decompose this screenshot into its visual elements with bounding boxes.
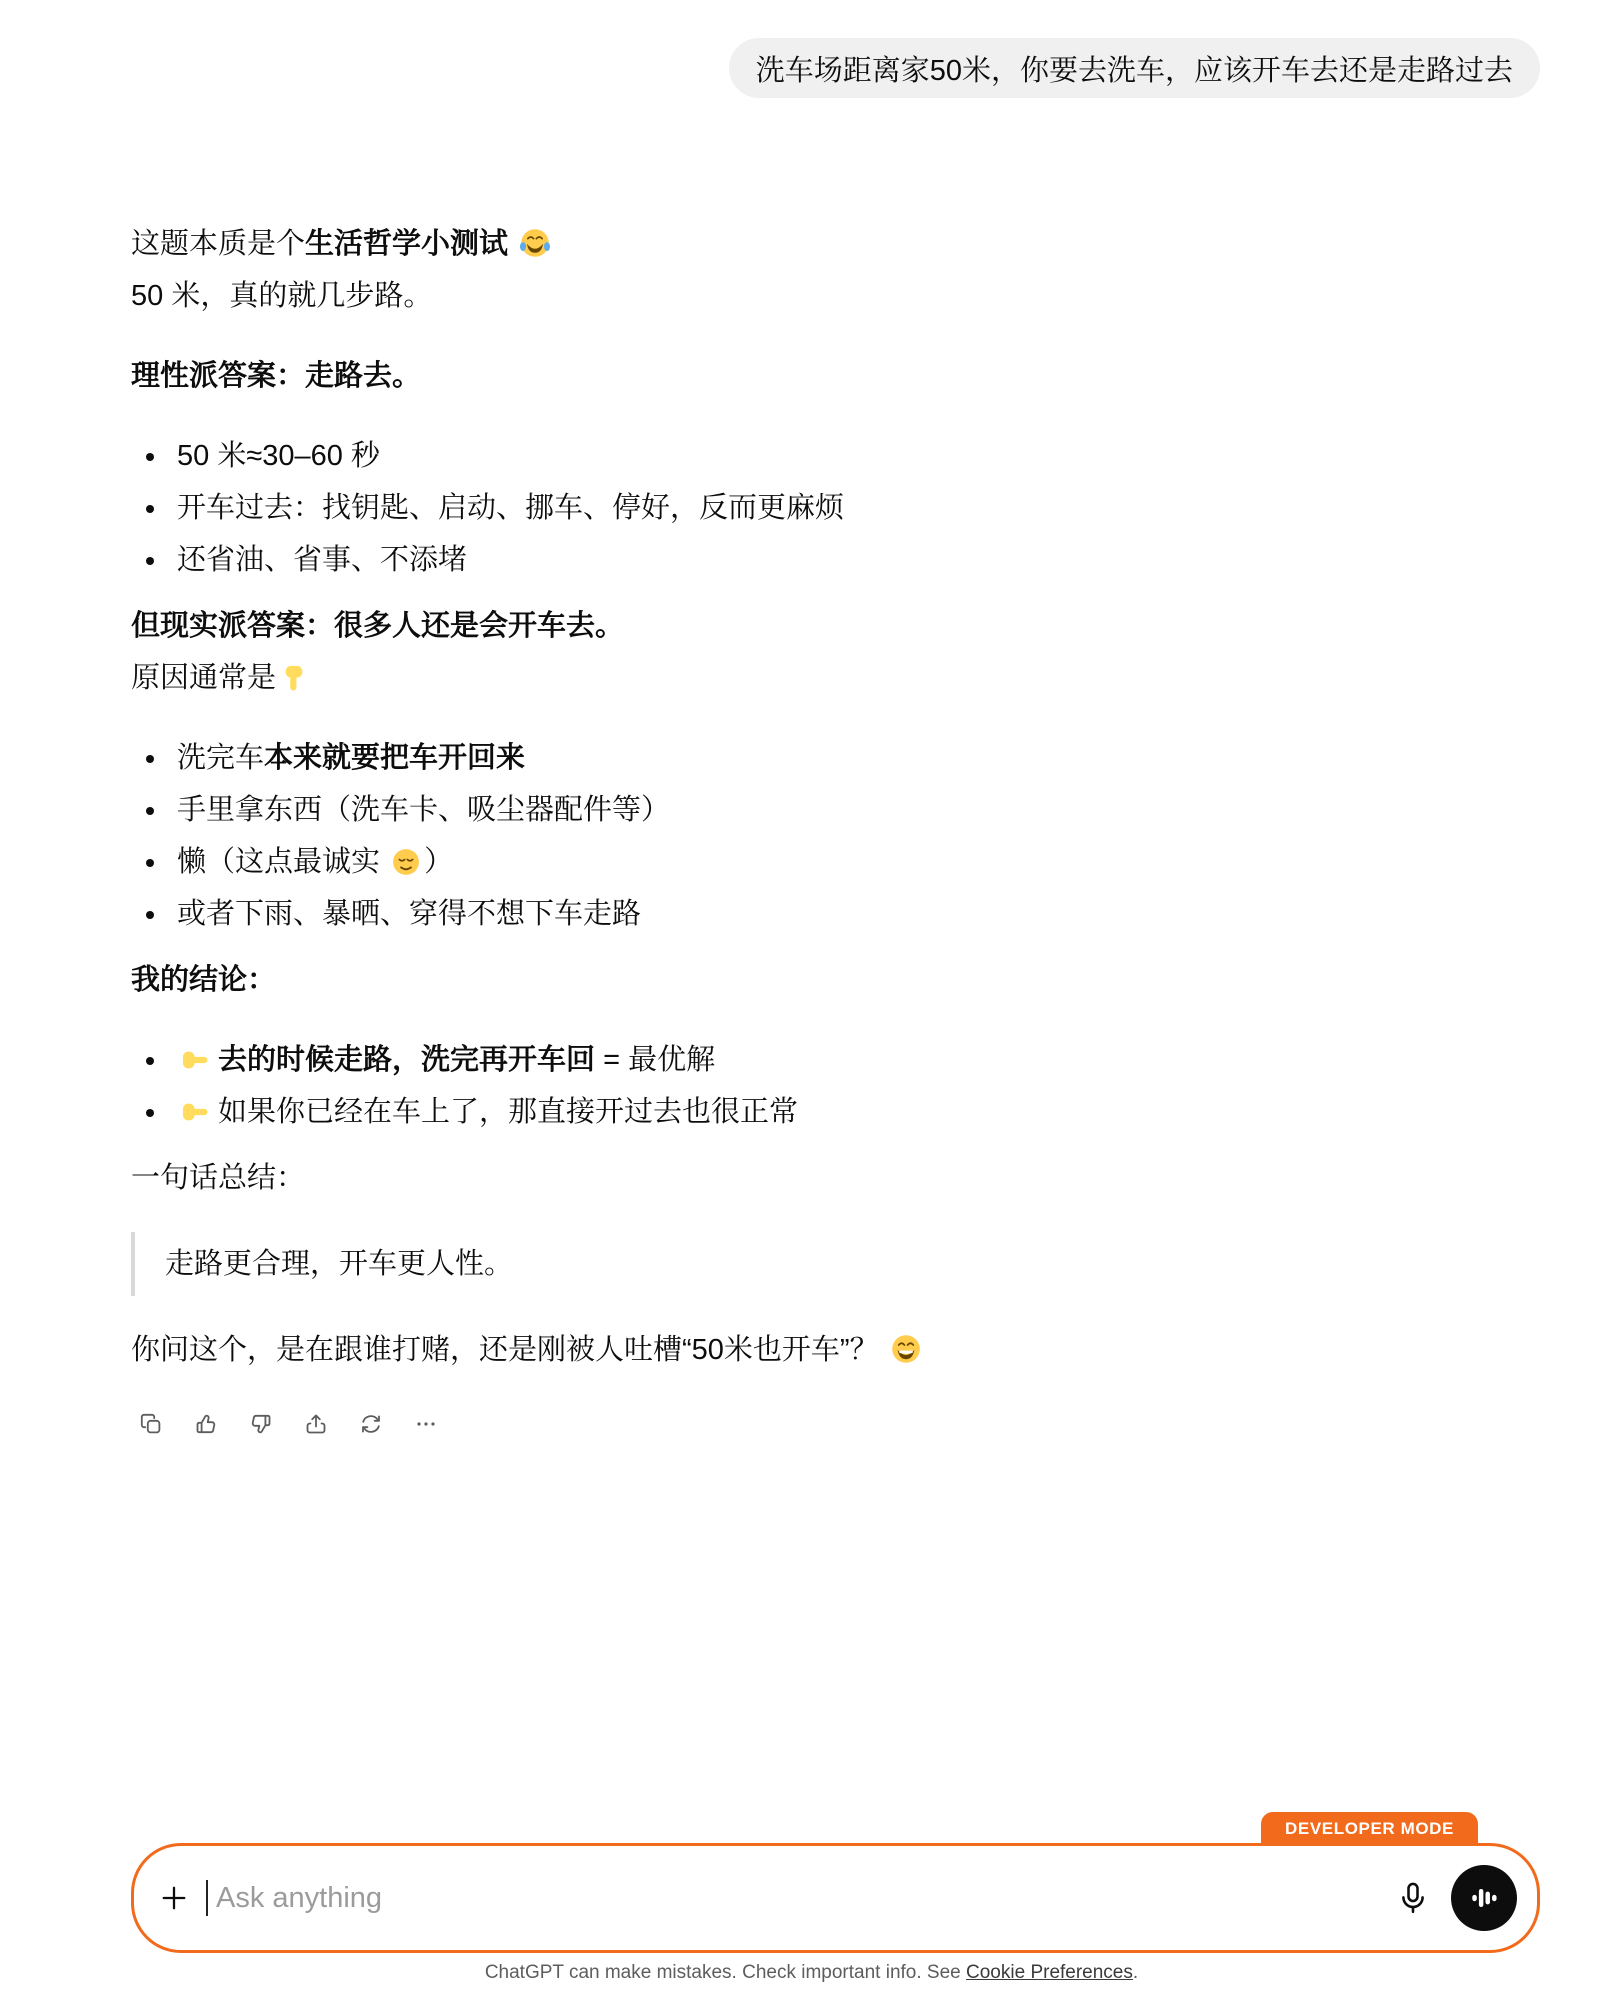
list-item: 如果你已经在车上了，那直接开过去也很正常 bbox=[177, 1086, 1431, 1138]
message-actions bbox=[131, 1404, 1431, 1444]
regenerate-button[interactable] bbox=[351, 1404, 391, 1444]
dictate-button[interactable] bbox=[1389, 1874, 1437, 1922]
share-button[interactable] bbox=[296, 1404, 336, 1444]
list-item: 开车过去：找钥匙、启动、挪车、停好，反而更麻烦 bbox=[177, 482, 1431, 534]
heading-conclusion: 我的结论： bbox=[131, 954, 1431, 1006]
copy-icon bbox=[139, 1412, 163, 1436]
grin-emoji bbox=[890, 1333, 922, 1365]
developer-mode-badge: DEVELOPER MODE bbox=[1261, 1812, 1478, 1846]
plus-icon bbox=[158, 1882, 190, 1914]
intro-bold: 生活哲学小测试 bbox=[305, 228, 508, 260]
point-right-emoji bbox=[180, 1097, 210, 1127]
heading-realistic: 但现实派答案：很多人还是会开车去。 原因通常是 bbox=[131, 600, 1431, 704]
intro-line2: 50 米，真的就几步路。 bbox=[131, 280, 432, 312]
summary-lead: 一句话总结： bbox=[131, 1152, 1431, 1204]
regenerate-icon bbox=[359, 1412, 383, 1436]
text-cursor bbox=[206, 1880, 208, 1916]
attach-button[interactable] bbox=[158, 1882, 190, 1914]
rational-list: 50 米≈30–60 秒 开车过去：找钥匙、启动、挪车、停好，反而更麻烦 还省油… bbox=[131, 430, 1431, 586]
voice-mode-button[interactable] bbox=[1451, 1865, 1517, 1931]
list-item: 去的时候走路，洗完再开车回 = 最优解 bbox=[177, 1034, 1431, 1086]
footer-disclaimer: ChatGPT can make mistakes. Check importa… bbox=[0, 1962, 1623, 1984]
joy-emoji bbox=[519, 227, 551, 259]
copy-button[interactable] bbox=[131, 1404, 171, 1444]
assistant-message: 这题本质是个生活哲学小测试 50 米，真的就几步路。 理性派答案：走路去。 50… bbox=[131, 218, 1431, 1444]
quote-text: 走路更合理，开车更人性。 bbox=[165, 1248, 513, 1280]
list-item: 还省油、省事、不添堵 bbox=[177, 534, 1431, 586]
paragraph-intro: 这题本质是个生活哲学小测试 50 米，真的就几步路。 bbox=[131, 218, 1431, 322]
relieved-emoji bbox=[391, 847, 421, 877]
microphone-icon bbox=[1395, 1880, 1431, 1916]
composer bbox=[131, 1843, 1540, 1953]
more-icon bbox=[414, 1412, 438, 1436]
more-button[interactable] bbox=[406, 1404, 446, 1444]
closing-paragraph: 你问这个，是在跟谁打赌，还是刚被人吐槽“50米也开车”？ bbox=[131, 1324, 1431, 1376]
user-message-bubble: 洗车场距离家50米，你要去洗车，应该开车去还是走路过去 bbox=[729, 38, 1540, 98]
point-down-emoji bbox=[279, 663, 309, 693]
conclusion-list: 去的时候走路，洗完再开车回 = 最优解 如果你已经在车上了，那直接开过去也很正常 bbox=[131, 1034, 1431, 1138]
share-icon bbox=[304, 1412, 328, 1436]
intro-text: 这题本质是个 bbox=[131, 228, 305, 260]
voice-waveform-icon bbox=[1467, 1881, 1501, 1915]
chat-page: 洗车场距离家50米，你要去洗车，应该开车去还是走路过去 这题本质是个生活哲学小测… bbox=[0, 0, 1623, 1999]
reasons-list: 洗完车本来就要把车开回来 手里拿东西（洗车卡、吸尘器配件等） 懒（这点最诚实 ）… bbox=[131, 732, 1431, 940]
list-item: 50 米≈30–60 秒 bbox=[177, 430, 1431, 482]
thumbs-up-icon bbox=[194, 1412, 218, 1436]
message-input[interactable] bbox=[214, 1881, 1389, 1916]
heading-rational: 理性派答案：走路去。 bbox=[131, 350, 1431, 402]
user-message-text: 洗车场距离家50米，你要去洗车，应该开车去还是走路过去 bbox=[756, 48, 1513, 89]
thumbs-down-button[interactable] bbox=[241, 1404, 281, 1444]
list-item: 手里拿东西（洗车卡、吸尘器配件等） bbox=[177, 784, 1431, 836]
list-item: 洗完车本来就要把车开回来 bbox=[177, 732, 1431, 784]
cookie-preferences-link[interactable]: Cookie Preferences bbox=[966, 1962, 1133, 1983]
thumbs-down-icon bbox=[249, 1412, 273, 1436]
quote-block: 走路更合理，开车更人性。 bbox=[131, 1232, 1431, 1296]
list-item: 懒（这点最诚实 ） bbox=[177, 836, 1431, 888]
point-right-emoji bbox=[180, 1045, 210, 1075]
thumbs-up-button[interactable] bbox=[186, 1404, 226, 1444]
list-item: 或者下雨、暴晒、穿得不想下车走路 bbox=[177, 888, 1431, 940]
